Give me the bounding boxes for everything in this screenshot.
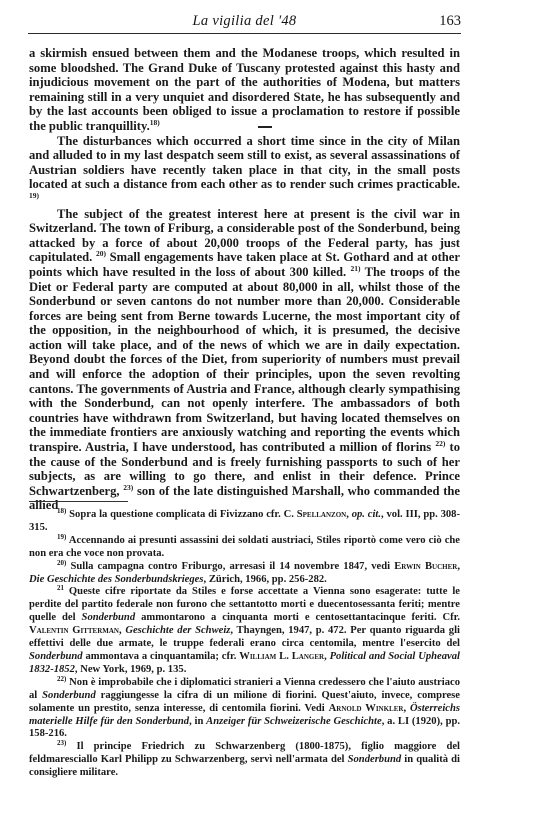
author-name: William L. Langer xyxy=(239,651,324,662)
footnote-text: Accennando ai presunti assassini dei sol… xyxy=(29,535,460,559)
main-text: a skirmish ensued between them and the M… xyxy=(29,46,460,513)
footnotes: 18) Sopra la questione complicata di Fiv… xyxy=(29,509,460,780)
footnote-separator xyxy=(29,501,128,502)
page-header: La vigilia del '48 163 xyxy=(28,9,461,34)
paragraph-2: The disturbances which occurred a short … xyxy=(29,134,460,207)
paragraph-1: a skirmish ensued between them and the M… xyxy=(29,46,460,134)
paragraph-3: The subject of the greatest interest her… xyxy=(29,207,460,513)
footnote-ref-23[interactable]: 23) xyxy=(123,483,133,492)
italic-term: Sonderbund xyxy=(42,690,96,701)
footnote-ref-20[interactable]: 20) xyxy=(96,249,106,258)
print-artifact xyxy=(258,126,272,128)
page-number: 163 xyxy=(439,13,461,30)
footnote-number: 23) xyxy=(57,739,66,747)
footnote-text: , xyxy=(457,561,460,572)
author-name: Spellanzon xyxy=(297,509,346,520)
author-name: Erwin Bucher xyxy=(394,561,457,572)
footnote-number: 21 xyxy=(57,584,64,592)
paragraph-text: The disturbances which occurred a short … xyxy=(29,134,460,192)
footnote-20: 20) Sulla campagna contro Friburgo, arre… xyxy=(29,561,460,587)
footnote-text: Sopra la questione complicata di Fivizza… xyxy=(66,509,296,520)
footnote-19: 19) Accennando ai presunti assassini dei… xyxy=(29,535,460,561)
footnote-ref-19[interactable]: 19) xyxy=(29,191,39,200)
paragraph-text: The troops of the Diet or Federal party … xyxy=(29,265,460,454)
author-name: Arnold Winkler xyxy=(329,703,404,714)
author-name: Valentin Gitterman xyxy=(29,625,119,636)
footnote-18: 18) Sopra la questione complicata di Fiv… xyxy=(29,509,460,535)
italic-term: Sonderbund xyxy=(29,651,83,662)
italic-term: Sonderbund xyxy=(348,754,402,765)
running-title: La vigilia del '48 xyxy=(28,13,461,30)
footnote-ref-22[interactable]: 22) xyxy=(435,439,445,448)
footnote-number: 20) xyxy=(57,559,66,567)
footnote-22: 22) Non è improbabile che i diplomatici … xyxy=(29,677,460,742)
book-title: Geschichte der Schweiz xyxy=(125,625,230,636)
footnote-21: 21 Queste cifre riportate da Stiles e fo… xyxy=(29,586,460,676)
footnote-text: , New York, 1969, p. 135. xyxy=(75,664,186,675)
footnote-text: ammontarono a cinquanta morti e centoset… xyxy=(135,612,460,623)
footnote-number: 22) xyxy=(57,675,66,683)
footnote-text: Sulla campagna contro Friburgo, arresasi… xyxy=(66,561,394,572)
footnote-number: 18) xyxy=(57,507,66,515)
footnote-text: ammontava a cinquantamila; cfr. xyxy=(83,651,240,662)
footnote-number: 19) xyxy=(57,533,66,541)
journal-title: Anzeiger für Schweizerische Geschichte xyxy=(206,716,382,727)
citation-italic: op. cit. xyxy=(352,509,381,520)
footnote-23: 23) Il principe Friedrich zu Schwarzenbe… xyxy=(29,741,460,780)
footnote-text: , in xyxy=(189,716,206,727)
footnote-ref-18[interactable]: 18) xyxy=(150,118,160,127)
paragraph-text: a skirmish ensued between them and the M… xyxy=(29,46,460,133)
footnote-text: , Zürich, 1966, pp. 256-282. xyxy=(204,574,327,585)
footnote-ref-21[interactable]: 21) xyxy=(351,264,361,273)
italic-term: Sonderbund xyxy=(82,612,136,623)
book-title: Die Geschichte des Sonderbundskrieges xyxy=(29,574,204,585)
